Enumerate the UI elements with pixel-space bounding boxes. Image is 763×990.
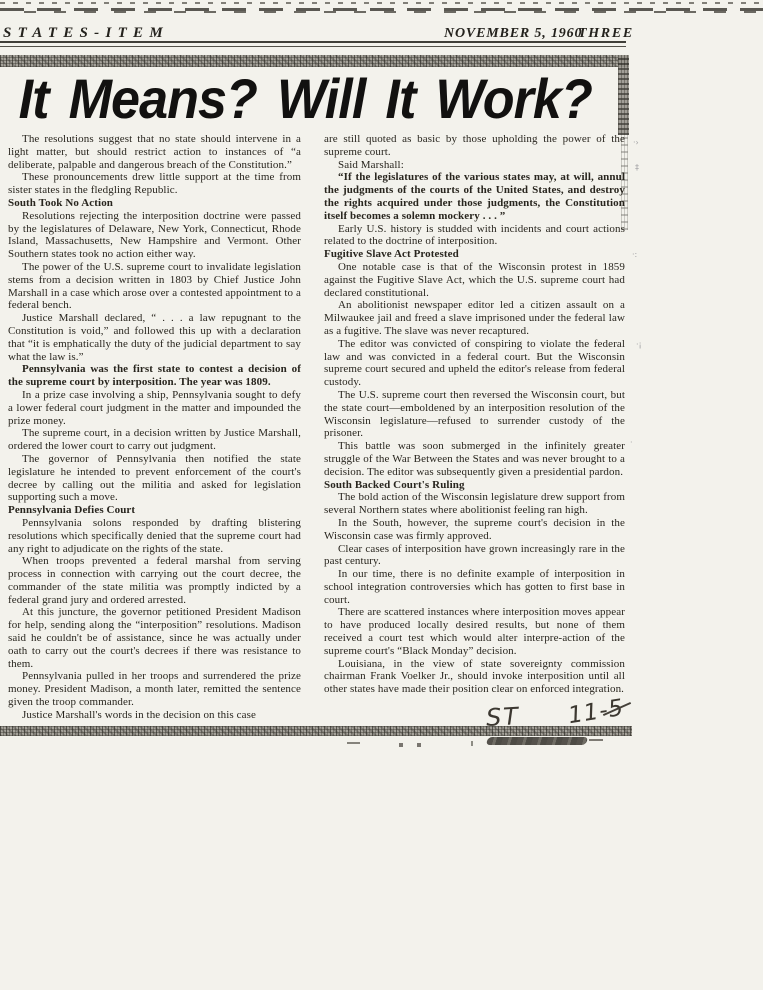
article-paragraph: “If the legislatures of the various stat…: [324, 171, 625, 222]
issue-date: NOVEMBER 5, 1960: [444, 26, 582, 42]
article-paragraph: Pennsylvania solons responded by draftin…: [8, 517, 301, 555]
article-paragraph: Louisiana, in the view of state sovereig…: [324, 658, 625, 696]
article-paragraph: Early U.S. history is studded with incid…: [324, 223, 625, 249]
torn-edge-top: [0, 0, 763, 14]
article-paragraph: In the South, however, the supreme court…: [324, 517, 625, 543]
article-paragraph: The editor was convicted of conspiring t…: [324, 338, 625, 389]
masthead-rule: [0, 41, 626, 47]
publication-name: STATES-ITEM: [3, 25, 169, 42]
margin-speck: ·: [630, 438, 633, 447]
article-paragraph: These pronouncements drew little support…: [8, 171, 301, 197]
article-paragraph: Pennsylvania pulled in her troops and su…: [8, 670, 301, 708]
article-paragraph: Resolutions rejecting the interposition …: [8, 210, 301, 261]
article-column-left: The resolutions suggest that no state sh…: [8, 133, 301, 729]
ink-smudge-tail: [589, 739, 603, 741]
article-subhead: Fugitive Slave Act Protested: [324, 248, 625, 261]
article-subhead: South Took No Action: [8, 197, 301, 210]
article-paragraph: Said Marshall:: [324, 159, 625, 172]
ink-smudge-colon: [471, 741, 473, 746]
article-column-right: are still quoted as basic by those uphol…: [324, 133, 625, 729]
halftone-band-bottom: [0, 726, 632, 736]
margin-speck: ‡: [635, 163, 639, 172]
handwritten-initials: ST: [485, 702, 520, 732]
article-paragraph: The governor of Pennsylvania then notifi…: [8, 453, 301, 504]
article-headline: It Means? Will It Work?: [0, 64, 614, 136]
article-paragraph: are still quoted as basic by those uphol…: [324, 133, 625, 159]
article-paragraph: One notable case is that of the Wisconsi…: [324, 261, 625, 299]
article-paragraph: In our time, there is no definite exampl…: [324, 568, 625, 606]
article-paragraph: Justice Marshall's words in the decision…: [8, 709, 301, 722]
ink-smudge-dash: [347, 742, 360, 744]
newspaper-clipping-scan: STATES-ITEM NOVEMBER 5, 1960 THREE It Me…: [0, 0, 763, 990]
page-number-label: THREE: [578, 26, 634, 42]
article-paragraph: There are scattered instances where inte…: [324, 606, 625, 657]
article-paragraph: The power of the U.S. supreme court to i…: [8, 261, 301, 312]
article-paragraph: The U.S. supreme court then reversed the…: [324, 389, 625, 440]
ink-smudge-dots: [399, 743, 421, 747]
article-paragraph: Clear cases of interposition have grown …: [324, 543, 625, 569]
article-paragraph: At this juncture, the governor petitione…: [8, 606, 301, 670]
article-paragraph: The supreme court, in a decision written…: [8, 427, 301, 453]
margin-speck: ·›: [633, 138, 639, 147]
article-paragraph: In a prize case involving a ship, Pennsy…: [8, 389, 301, 427]
margin-speck: ·:: [632, 250, 637, 259]
article-paragraph: An abolitionist newspaper editor led a c…: [324, 299, 625, 337]
article-subhead: Pennsylvania Defies Court: [8, 504, 301, 517]
article-paragraph: When troops prevented a federal marshal …: [8, 555, 301, 606]
article-paragraph: The bold action of the Wisconsin legisla…: [324, 491, 625, 517]
article-paragraph: Pennsylvania was the first state to cont…: [8, 363, 301, 389]
masthead: STATES-ITEM NOVEMBER 5, 1960 THREE: [0, 25, 763, 41]
article-subhead: South Backed Court's Ruling: [324, 479, 625, 492]
article-paragraph: Justice Marshall declared, “ . . . a law…: [8, 312, 301, 363]
article-paragraph: This battle was soon submerged in the in…: [324, 440, 625, 478]
ink-smudge-bar: [486, 737, 589, 745]
margin-speck: ·¡: [636, 340, 642, 349]
torn-edge-right: [618, 55, 629, 135]
article-paragraph: The resolutions suggest that no state sh…: [8, 133, 301, 171]
